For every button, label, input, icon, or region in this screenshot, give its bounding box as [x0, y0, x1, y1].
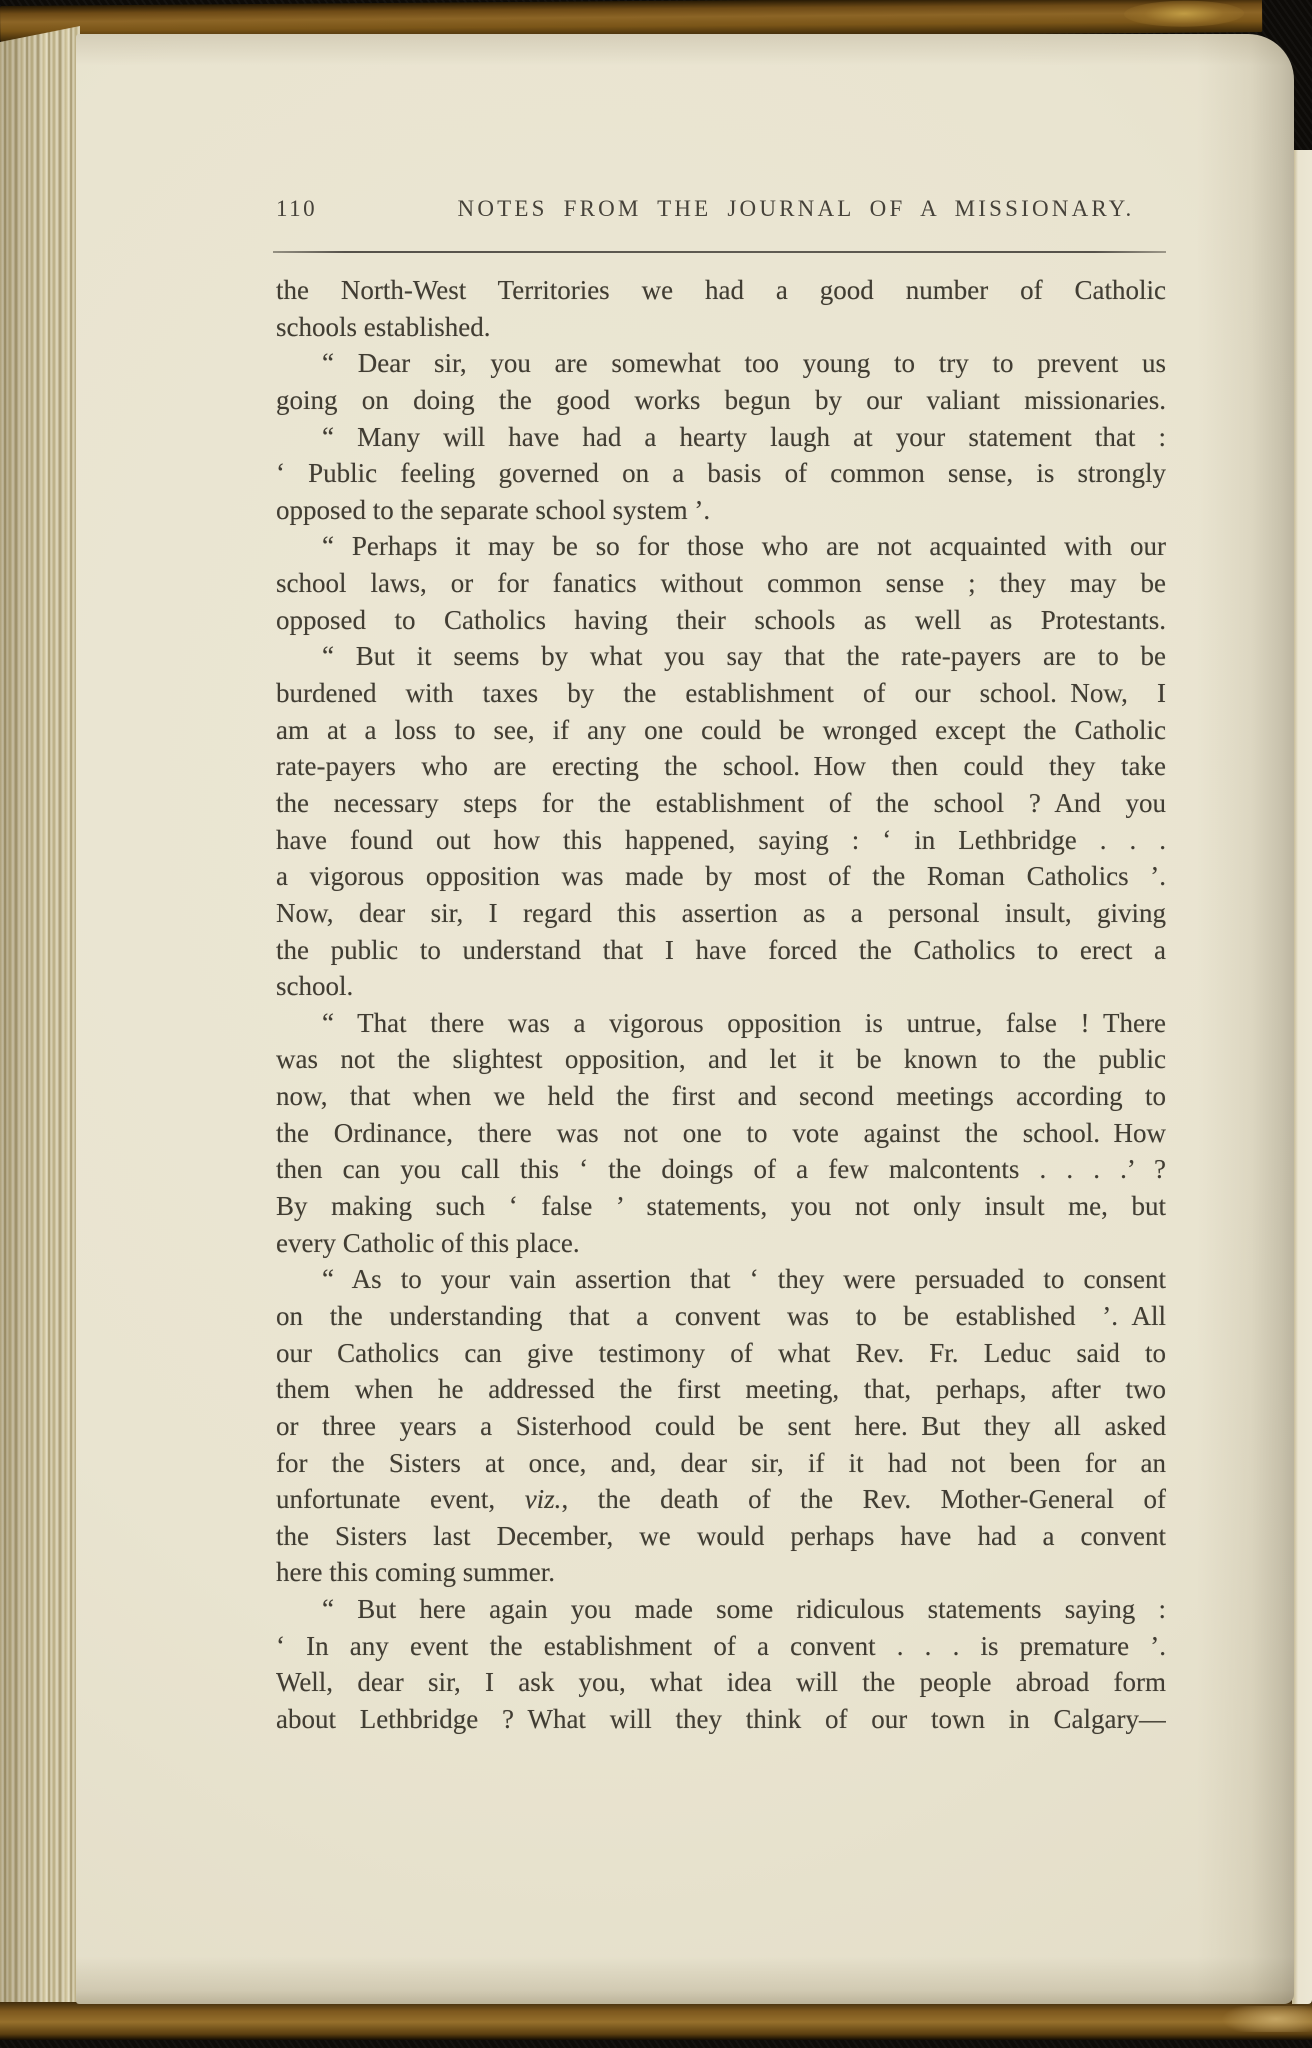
text-line: ‘ In any event the establishment of a co… [276, 1628, 1166, 1665]
text-line: then can you call this ‘ the doings of a… [276, 1151, 1166, 1188]
text-line: Well, dear sir, I ask you, what idea wil… [276, 1664, 1166, 1701]
text-line: our Catholics can give testimony of what… [276, 1335, 1166, 1372]
text-line: “ Perhaps it may be so for those who are… [276, 528, 1166, 565]
text-line: burdened with taxes by the establishment… [276, 675, 1166, 712]
text-line: for the Sisters at once, and, dear sir, … [276, 1445, 1166, 1482]
text-line: Now, dear sir, I regard this assertion a… [276, 895, 1166, 932]
text-line: opposed to Catholics having their school… [276, 602, 1166, 639]
bottom-leather-cover-edge [0, 2000, 1312, 2040]
text-line: on the understanding that a convent was … [276, 1298, 1166, 1335]
text-line: “ That there was a vigorous opposition i… [276, 1005, 1166, 1042]
text-line: opposed to the separate school system ’. [276, 492, 1166, 529]
text-line: By making such ‘ false ’ statements, you… [276, 1188, 1166, 1225]
text-line: ‘ Public feeling governed on a basis of … [276, 455, 1166, 492]
text-line: “ But here again you made some ridiculou… [276, 1591, 1166, 1628]
text-line: a vigorous opposition was made by most o… [276, 858, 1166, 895]
text-line: the Ordinance, there was not one to vote… [276, 1115, 1166, 1152]
text-line: the North-West Territories we had a good… [276, 272, 1166, 309]
adjacent-page-edge [1292, 150, 1312, 2004]
text-line: schools established. [276, 309, 1166, 346]
running-title: NOTES FROM THE JOURNAL OF A MISSIONARY. [426, 196, 1166, 222]
text-line: the Sisters last December, we would perh… [276, 1518, 1166, 1555]
text-line: about Lethbridge ? What will they think … [276, 1701, 1166, 1738]
text-line: “ Many will have had a hearty laugh at y… [276, 419, 1166, 456]
text-line: “ As to your vain assertion that ‘ they … [276, 1261, 1166, 1298]
text-line: now, that when we held the first and sec… [276, 1078, 1166, 1115]
text-line: have found out how this happened, saying… [276, 822, 1166, 859]
text-line: school. [276, 968, 1166, 1005]
book-photograph: { "book": { "page_number": "110", "runni… [0, 0, 1312, 2048]
text-line: here this coming summer. [276, 1554, 1166, 1591]
text-line: am at a loss to see, if any one could be… [276, 712, 1166, 749]
text-line: going on doing the good works begun by o… [276, 382, 1166, 419]
text-line: school laws, or for fanatics without com… [276, 565, 1166, 602]
text-line: every Catholic of this place. [276, 1225, 1166, 1262]
text-line: them when he addressed the first meeting… [276, 1371, 1166, 1408]
running-header: 110 NOTES FROM THE JOURNAL OF A MISSIONA… [276, 196, 1166, 222]
text-line: was not the slightest opposition, and le… [276, 1041, 1166, 1078]
text-line: rate-payers who are erecting the school.… [276, 748, 1166, 785]
text-line: or three years a Sisterhood could be sen… [276, 1408, 1166, 1445]
text-line: the necessary steps for the establishmen… [276, 785, 1166, 822]
text-line: unfortunate event, viz., the death of th… [276, 1481, 1166, 1518]
header-rule [273, 251, 1166, 253]
page-number: 110 [276, 196, 426, 222]
body-lines: the North-West Territories we had a good… [276, 272, 1166, 1738]
text-line: “ Dear sir, you are somewhat too young t… [276, 345, 1166, 382]
text-line: the public to understand that I have for… [276, 932, 1166, 969]
text-line: “ But it seems by what you say that the … [276, 638, 1166, 675]
page-edge-stack [0, 26, 80, 2002]
